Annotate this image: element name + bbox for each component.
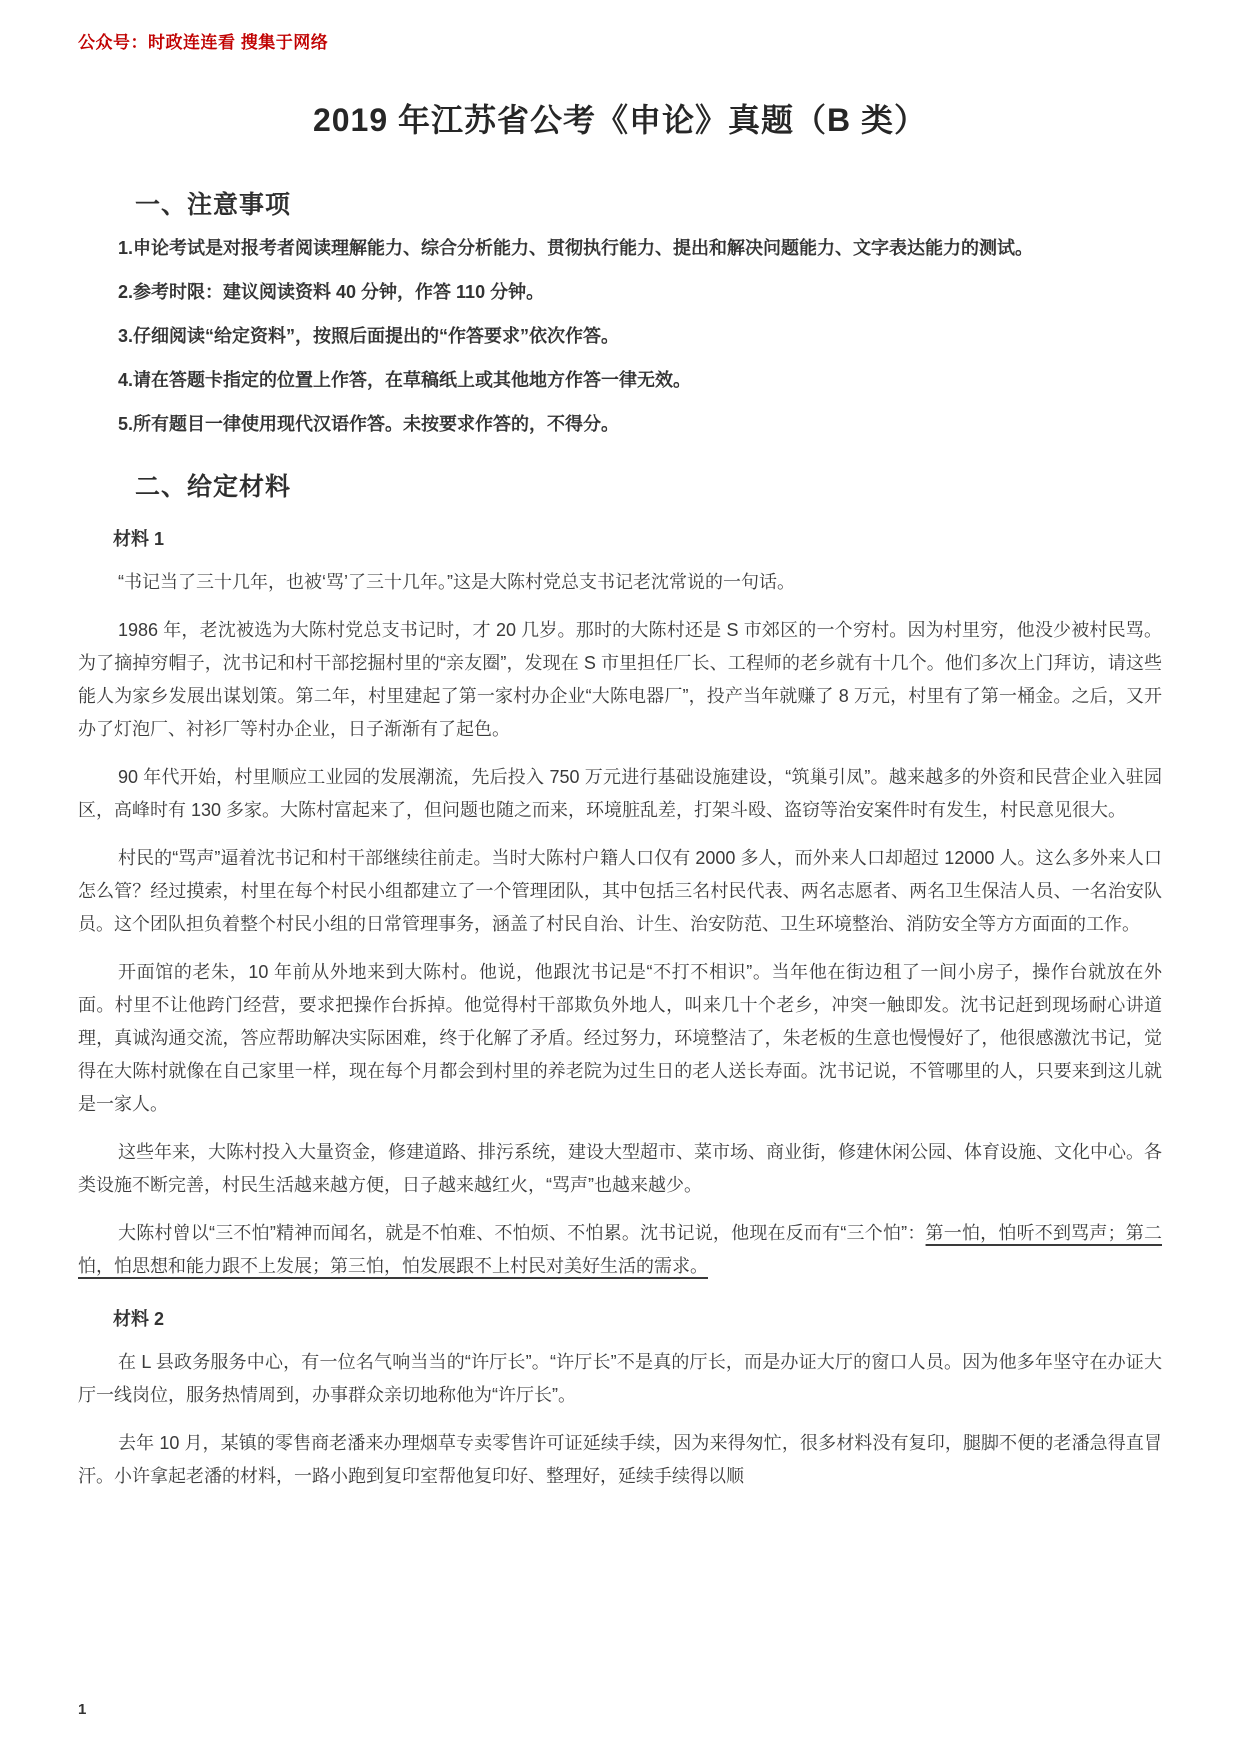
material2-paragraph-2: 去年 10 月，某镇的零售商老潘来办理烟草专卖零售许可证延续手续，因为来得匆忙，… — [78, 1427, 1162, 1493]
material1-label: 材料 1 — [78, 525, 1162, 551]
notice-item-4: 4.请在答题卡指定的位置上作答，在草稿纸上或其他地方作答一律无效。 — [78, 364, 1162, 397]
material2-label: 材料 2 — [78, 1305, 1162, 1331]
section-heading-materials: 二、给定材料 — [78, 467, 1162, 503]
page-title: 2019 年江苏省公考《申论》真题（B 类） — [78, 95, 1162, 141]
material1-paragraph-4: 村民的“骂声”逼着沈书记和村干部继续往前走。当时大陈村户籍人口仅有 2000 多… — [78, 842, 1162, 941]
material1-paragraph-7: 大陈村曾以“三不怕”精神而闻名，就是不怕难、不怕烦、不怕累。沈书记说，他现在反而… — [78, 1217, 1162, 1283]
document-page: 公众号：时政连连看 搜集于网络 2019 年江苏省公考《申论》真题（B 类） 一… — [0, 0, 1240, 1754]
material1-paragraph-2: 1986 年，老沈被选为大陈村党总支书记时，才 20 几岁。那时的大陈村还是 S… — [78, 614, 1162, 746]
notice-item-2: 2.参考时限：建议阅读资料 40 分钟，作答 110 分钟。 — [78, 276, 1162, 309]
notice-item-1: 1.申论考试是对报考者阅读理解能力、综合分析能力、贯彻执行能力、提出和解决问题能… — [78, 232, 1162, 265]
material1-paragraph-5: 开面馆的老朱，10 年前从外地来到大陈村。他说，他跟沈书记是“不打不相识”。当年… — [78, 956, 1162, 1121]
material1-paragraph-1: “书记当了三十几年，也被‘骂’了三十几年。”这是大陈村党总支书记老沈常说的一句话… — [78, 566, 1162, 599]
paragraph-text: 大陈村曾以“三不怕”精神而闻名，就是不怕难、不怕烦、不怕累。沈书记说，他现在反而… — [118, 1223, 926, 1243]
notice-item-3: 3.仔细阅读“给定资料”，按照后面提出的“作答要求”依次作答。 — [78, 320, 1162, 353]
notice-item-5: 5.所有题目一律使用现代汉语作答。未按要求作答的，不得分。 — [78, 408, 1162, 441]
page-number: 1 — [78, 1701, 86, 1718]
watermark-text: 公众号：时政连连看 搜集于网络 — [78, 28, 1162, 53]
material1-paragraph-6: 这些年来，大陈村投入大量资金，修建道路、排污系统，建设大型超市、菜市场、商业街，… — [78, 1136, 1162, 1202]
material1-paragraph-3: 90 年代开始，村里顺应工业园的发展潮流，先后投入 750 万元进行基础设施建设… — [78, 761, 1162, 827]
section-heading-notice: 一、注意事项 — [78, 185, 1162, 221]
material2-paragraph-1: 在 L 县政务服务中心，有一位名气响当当的“许厅长”。“许厅长”不是真的厅长，而… — [78, 1346, 1162, 1412]
